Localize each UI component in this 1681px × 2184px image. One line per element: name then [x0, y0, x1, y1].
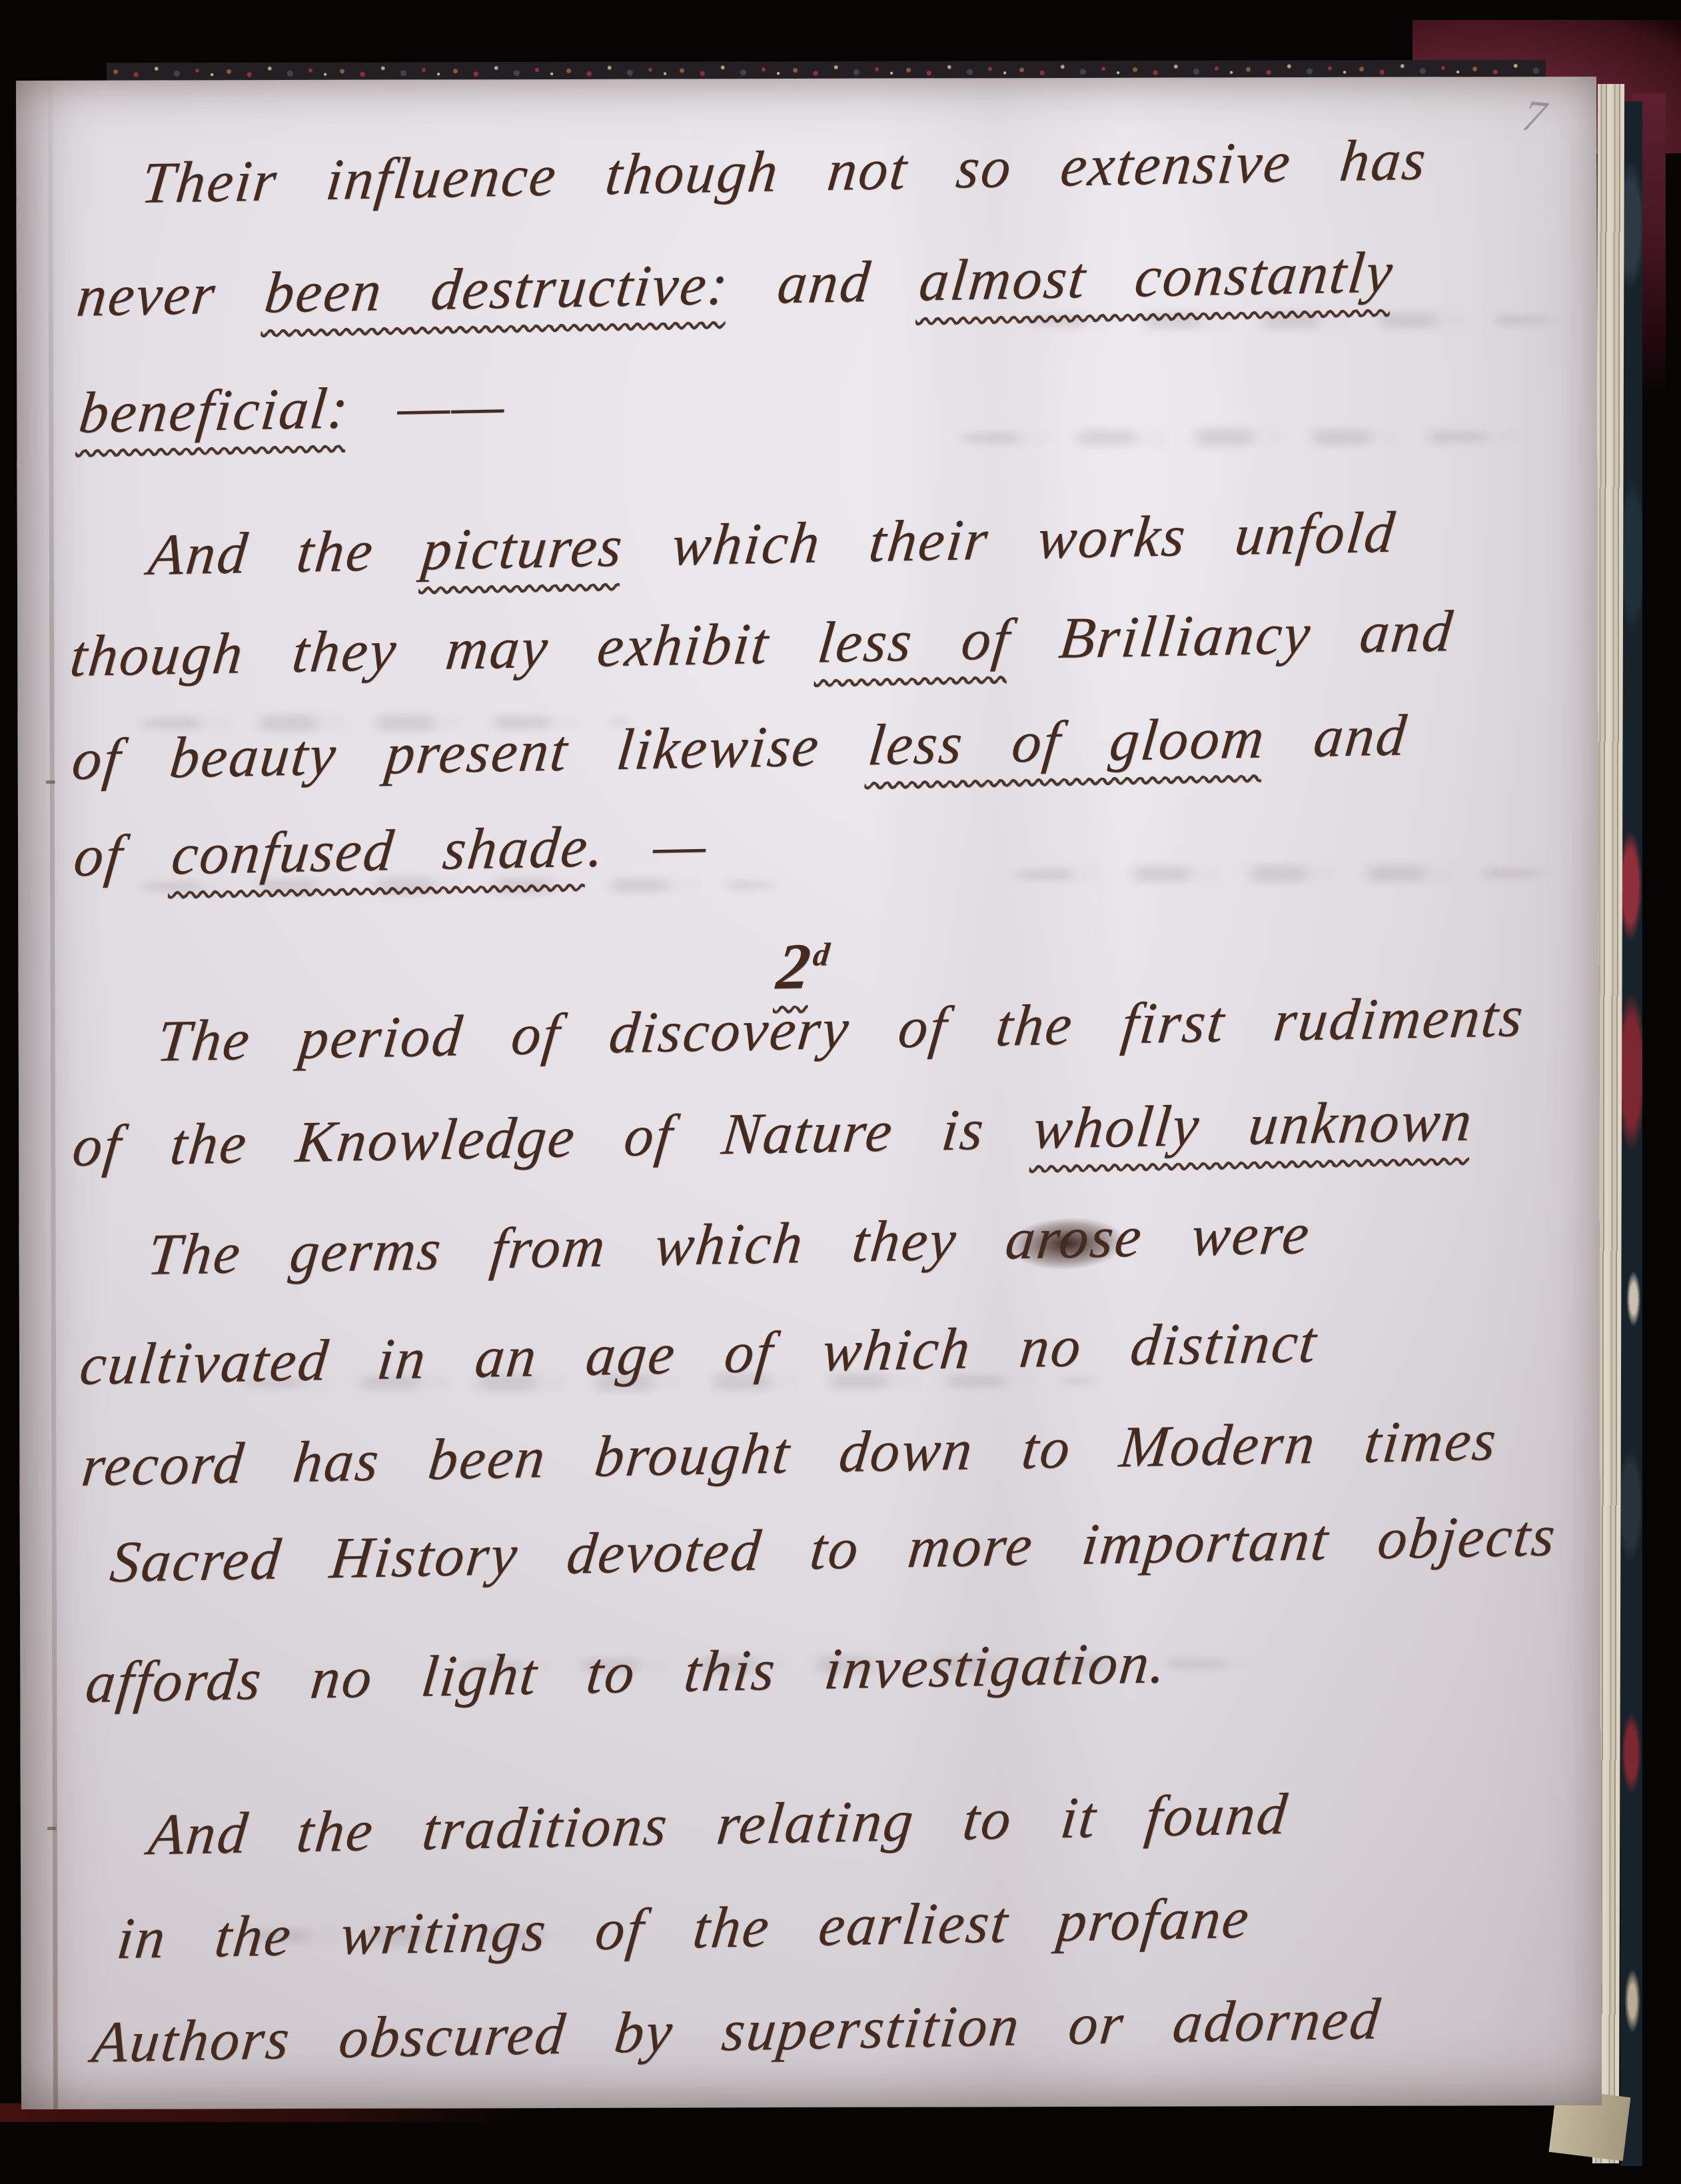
marbled-right-edge — [1620, 101, 1642, 2166]
text-segment: d — [812, 936, 832, 973]
text-segment: which their works unfold — [620, 500, 1399, 578]
text-segment: and — [726, 249, 923, 317]
handwritten-ink: Sacred History devoted to more important… — [107, 1496, 1560, 1603]
handwritten-ink: And the traditions relating to it found — [145, 1775, 1292, 1876]
handwriting-layer: Their influence though not so extensive … — [16, 77, 1602, 2109]
manuscript-line: Their influence though not so extensive … — [141, 121, 1428, 224]
manuscript-line: And the traditions relating to it found — [148, 1775, 1289, 1875]
handwritten-ink: never been destructive: and almost const… — [73, 233, 1398, 337]
text-segment: pictures — [419, 515, 626, 583]
text-segment: in the writings of the earliest profane — [114, 1886, 1253, 1971]
text-segment: Sacred History devoted to more important… — [107, 1504, 1560, 1595]
manuscript-page: 7 Their influence though not so extensiv… — [16, 77, 1602, 2109]
text-segment: affords no light to this investigation. — [83, 1631, 1170, 1715]
text-segment: Authors obscured by superstition or ador… — [89, 1987, 1385, 2075]
text-segment: Their influence though not so extensive … — [139, 127, 1430, 216]
text-segment: though they may exhibit — [67, 610, 822, 689]
manuscript-line: of confused shade. — — [73, 806, 708, 897]
text-segment: almost constantly — [916, 240, 1397, 313]
text-segment: And the traditions relating to it found — [145, 1782, 1291, 1868]
manuscript-line: Authors obscured by superstition or ador… — [92, 1979, 1382, 2083]
manuscript-line: though they may exhibit less of Brillian… — [70, 592, 1454, 697]
text-segment: and — [1262, 703, 1410, 770]
manuscript-line: in the writings of the earliest profane — [117, 1879, 1251, 1979]
handwritten-ink: cultivated in an age of which no distinc… — [76, 1303, 1322, 1406]
handwritten-ink: beneficial: —— — [75, 366, 510, 454]
handwritten-ink: of confused shade. — — [70, 805, 712, 897]
handwritten-ink: affords no light to this investigation. — [82, 1624, 1171, 1723]
text-segment: of beauty present likewise — [69, 713, 872, 792]
text-segment: been destructive: — [262, 253, 733, 326]
manuscript-line: Sacred History devoted to more important… — [110, 1496, 1557, 1603]
handwritten-ink: though they may exhibit less of Brillian… — [67, 592, 1458, 697]
handwritten-ink: The period of discovery of the first rud… — [153, 977, 1528, 1082]
text-segment: record has been brought down to Modern t… — [79, 1408, 1500, 1499]
manuscript-line: And the pictures which their works unfol… — [148, 493, 1397, 596]
manuscript-line: beneficial: —— — [79, 366, 506, 454]
handwritten-ink: Authors obscured by superstition or ador… — [89, 1979, 1385, 2083]
manuscript-line: of beauty present likewise less of gloom… — [72, 696, 1408, 800]
manuscript-line: never been destructive: and almost const… — [77, 233, 1395, 337]
text-segment: less of gloom — [865, 706, 1269, 778]
text-segment: —— — [346, 373, 509, 441]
text-segment: of the Knowledge of Nature is — [69, 1097, 1037, 1180]
photographed-book: 7 Their influence though not so extensiv… — [0, 0, 1681, 2184]
manuscript-line: cultivated in an age of which no distinc… — [79, 1303, 1318, 1406]
text-segment: less of — [815, 607, 1014, 676]
handwritten-ink: in the writings of the earliest profane — [113, 1879, 1255, 1979]
manuscript-line: affords no light to this investigation. — [85, 1624, 1168, 1723]
text-segment: Brilliancy and — [1007, 599, 1456, 672]
manuscript-line: record has been brought down to Modern t… — [81, 1401, 1498, 1507]
text-segment: . — — [586, 812, 712, 879]
text-segment: The period of discovery of the first rud… — [155, 984, 1528, 1074]
text-segment: arose — [1003, 1205, 1147, 1272]
handwritten-ink: record has been brought down to Modern t… — [78, 1401, 1502, 1507]
handwritten-ink: And the pictures which their works unfol… — [145, 493, 1400, 596]
text-segment: wholly unknown — [1030, 1088, 1476, 1161]
manuscript-line: The germs from which they arose were — [147, 1194, 1311, 1296]
handwritten-ink: of the Knowledge of Nature is wholly unk… — [69, 1081, 1477, 1187]
text-segment: were — [1139, 1202, 1313, 1270]
handwritten-ink: of beauty present likewise less of gloom… — [69, 696, 1412, 800]
text-segment: cultivated in an age of which no distinc… — [77, 1310, 1321, 1398]
text-segment: never — [74, 261, 269, 329]
text-segment: And the — [145, 518, 426, 588]
handwritten-ink: The germs from which they arose were — [144, 1194, 1315, 1296]
manuscript-line: The period of discovery of the first rud… — [157, 977, 1524, 1082]
text-segment: The germs from which they — [145, 1207, 1009, 1288]
text-segment: beneficial: — [76, 376, 352, 446]
text-segment: of — [71, 822, 175, 889]
text-segment: confused shade — [169, 815, 592, 888]
manuscript-line: of the Knowledge of Nature is wholly unk… — [72, 1082, 1473, 1187]
handwritten-ink: Their influence though not so extensive … — [138, 120, 1431, 224]
